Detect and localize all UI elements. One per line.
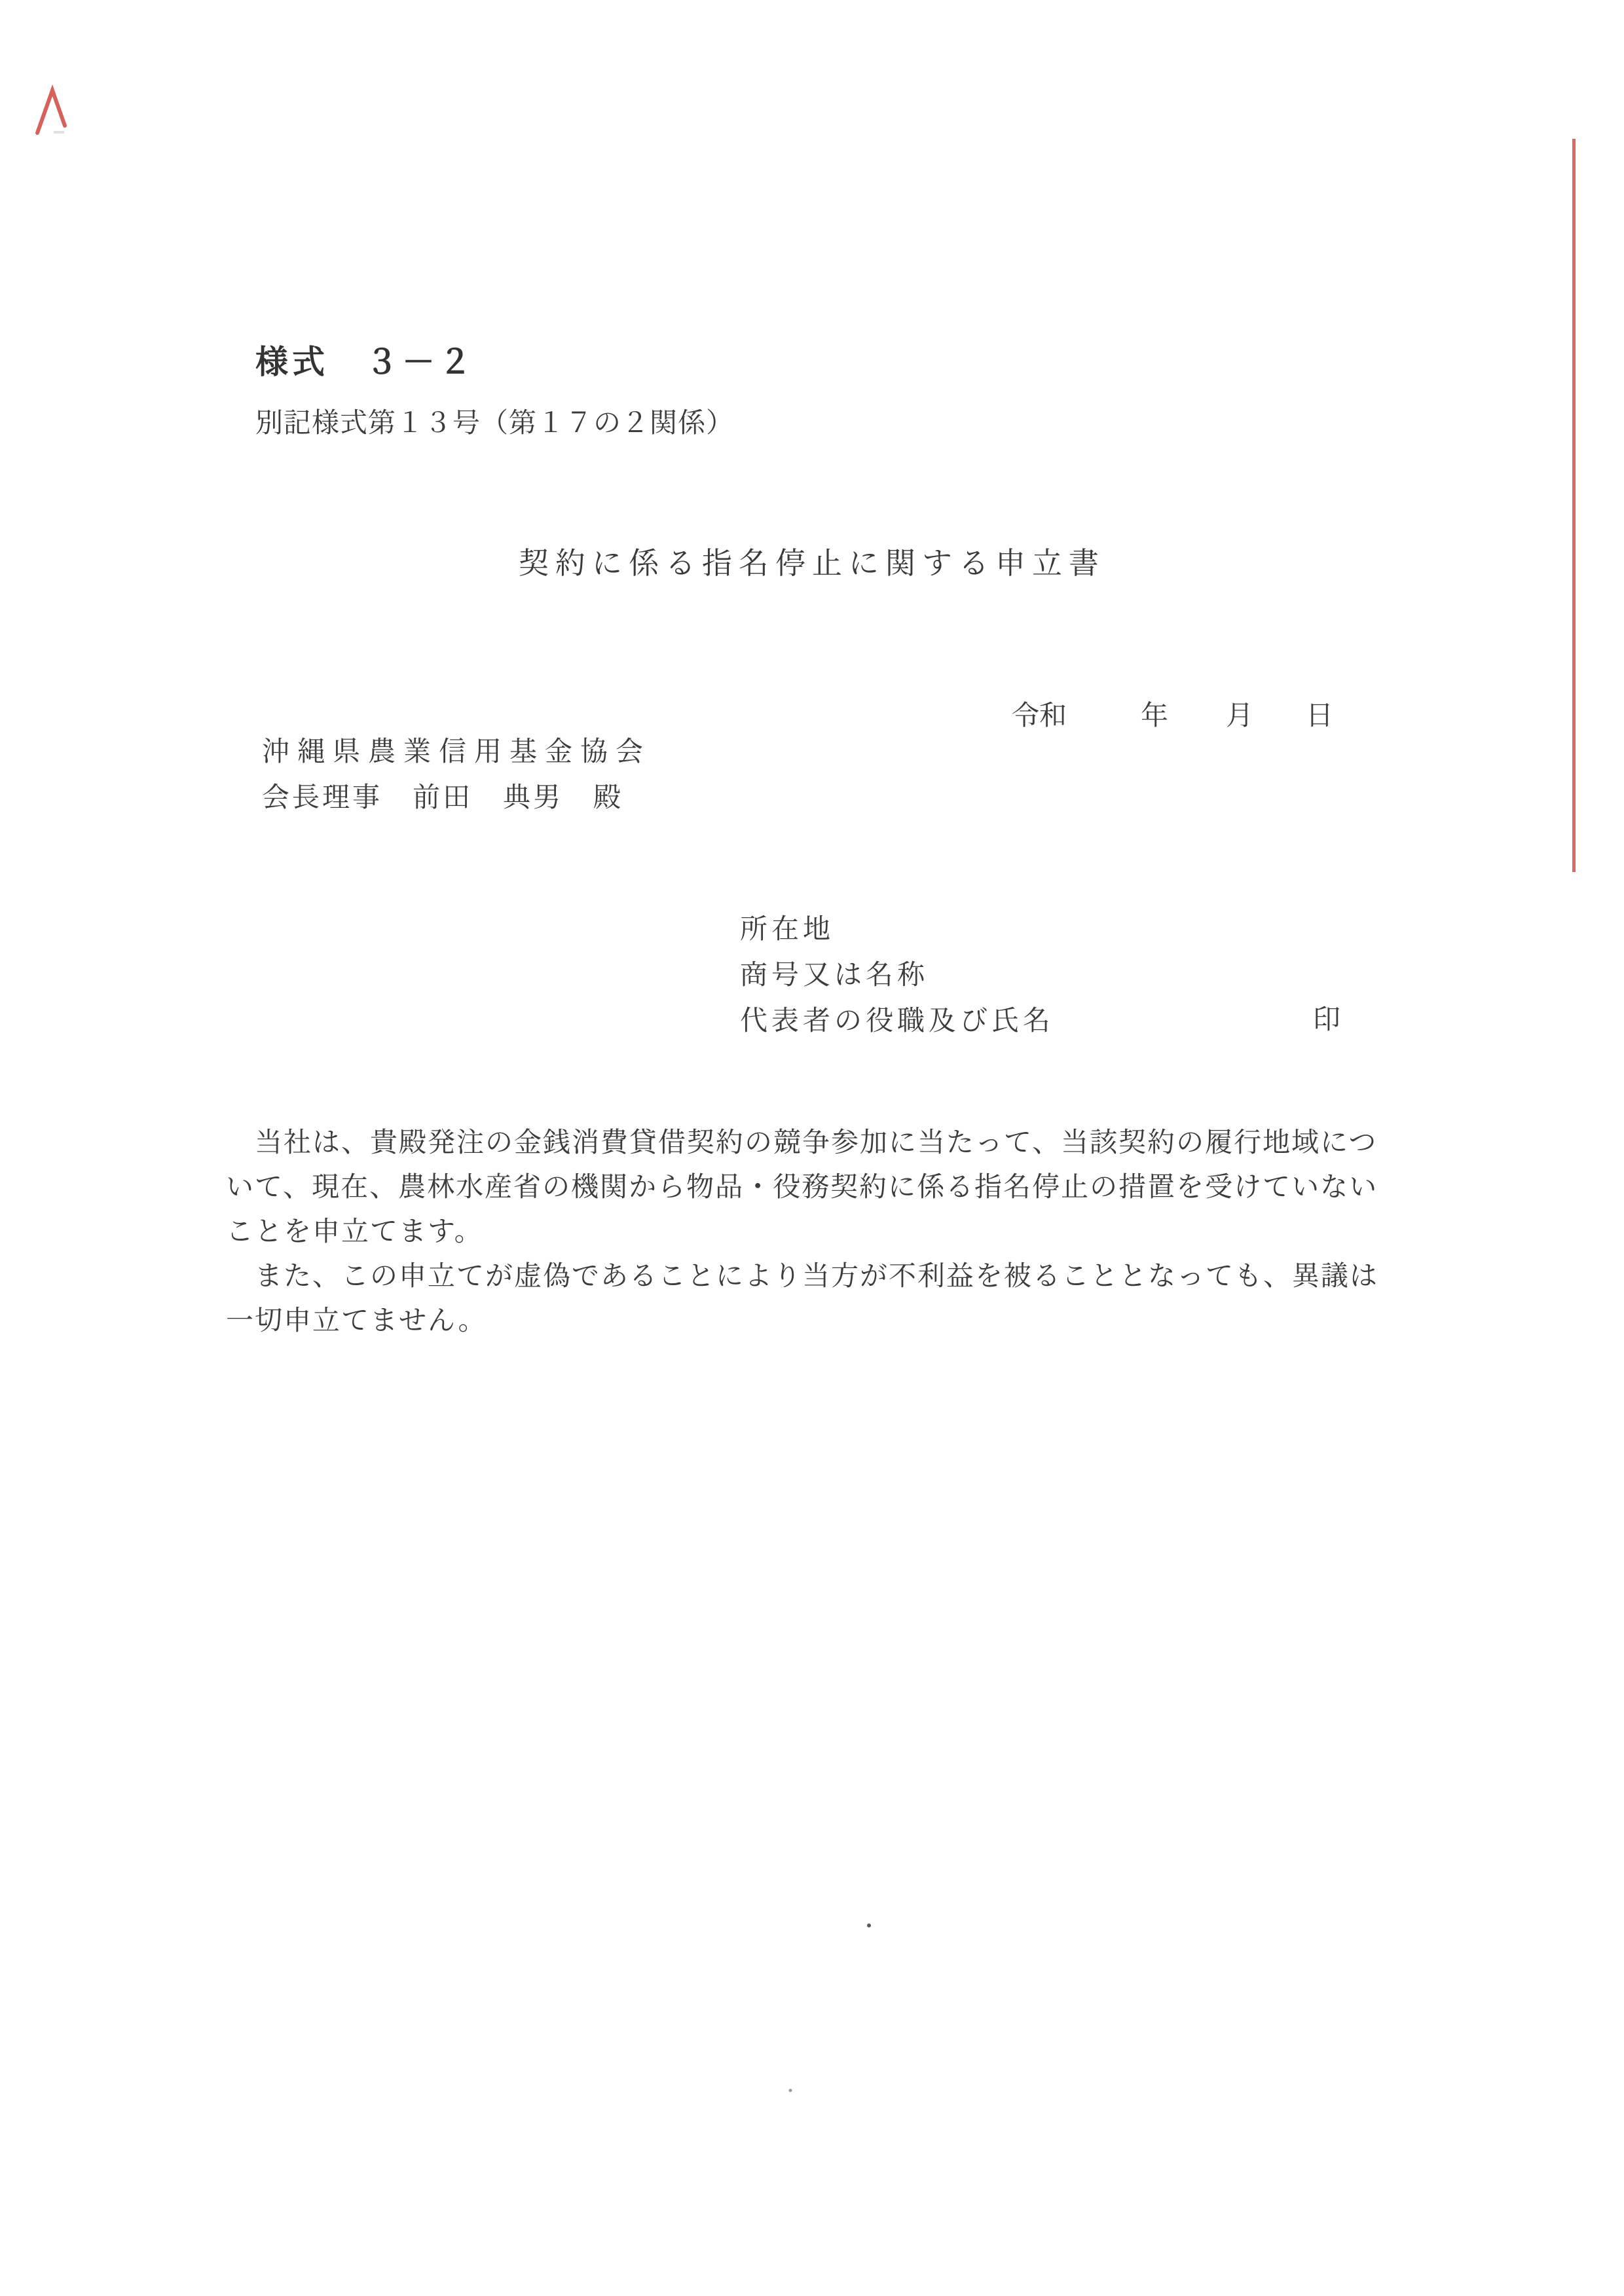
field-trade-name-label: 商号又は名称 [740,953,929,993]
addressee-organization: 沖縄県農業信用基金協会 [262,738,651,766]
date-era-label: 令和 [1012,694,1067,733]
scan-edge-line [1572,139,1576,872]
seal-mark: 印 [1313,998,1340,1037]
field-address-label: 所在地 [740,907,834,947]
dust-speck-dark [867,1923,871,1927]
body-paragraph2-line1: また、この申立てが虚偽であることにより当方が不利益を被ることとなっても、異議は [226,1254,1378,1294]
body-paragraph2-line2: 一切申立てません。 [226,1299,487,1338]
form-code: 様式 ３－２ [255,346,475,378]
body-paragraph1-line1: 当社は、貴殿発注の金銭消費貸借契約の競争参加に当たって、当該契約の履行地域につ [226,1121,1377,1160]
scan-corner-mark [37,90,65,133]
addressee-recipient: 会長理事 前田 典男 殿 [262,784,623,812]
dust-speck-light [789,2089,792,2092]
date-month-label: 月 [1226,694,1253,733]
date-day-label: 日 [1306,694,1333,733]
body-paragraph1-line3: ことを申立てます。 [226,1210,483,1249]
field-representative-label: 代表者の役職及び氏名 [740,999,1054,1038]
page-title: 契約に係る指名停止に関する申立書 [0,549,1624,579]
date-year-label: 年 [1141,694,1168,733]
body-paragraph1-line2: いて、現在、農林水産省の機関から物品・役務契約に係る指名停止の措置を受けていない [226,1165,1378,1205]
scan-smudge [54,131,64,134]
scanned-document-page: 様式 ３－２ 別記様式第１３号（第１７の２関係） 契約に係る指名停止に関する申立… [0,0,1624,2296]
form-reference: 別記様式第１３号（第１７の２関係） [255,410,734,437]
